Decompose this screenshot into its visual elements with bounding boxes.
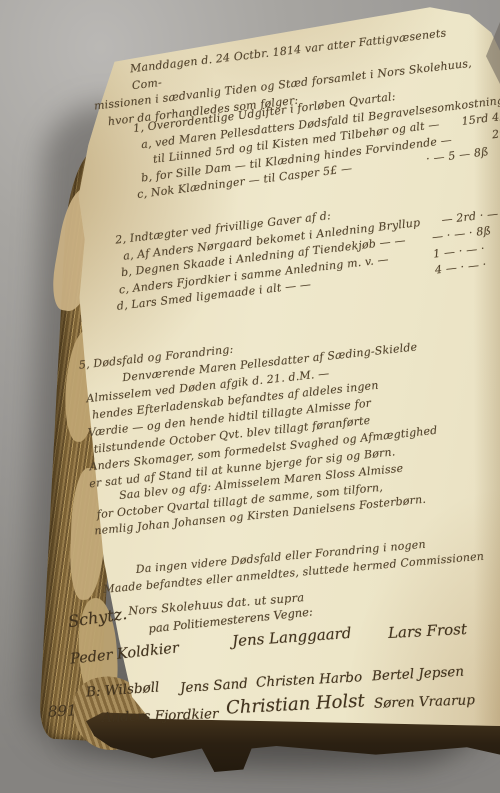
page-number: 891 bbox=[48, 701, 78, 720]
photo-backdrop: Manddagen d. 24 Octbr. 1814 var atter Fa… bbox=[0, 0, 500, 793]
